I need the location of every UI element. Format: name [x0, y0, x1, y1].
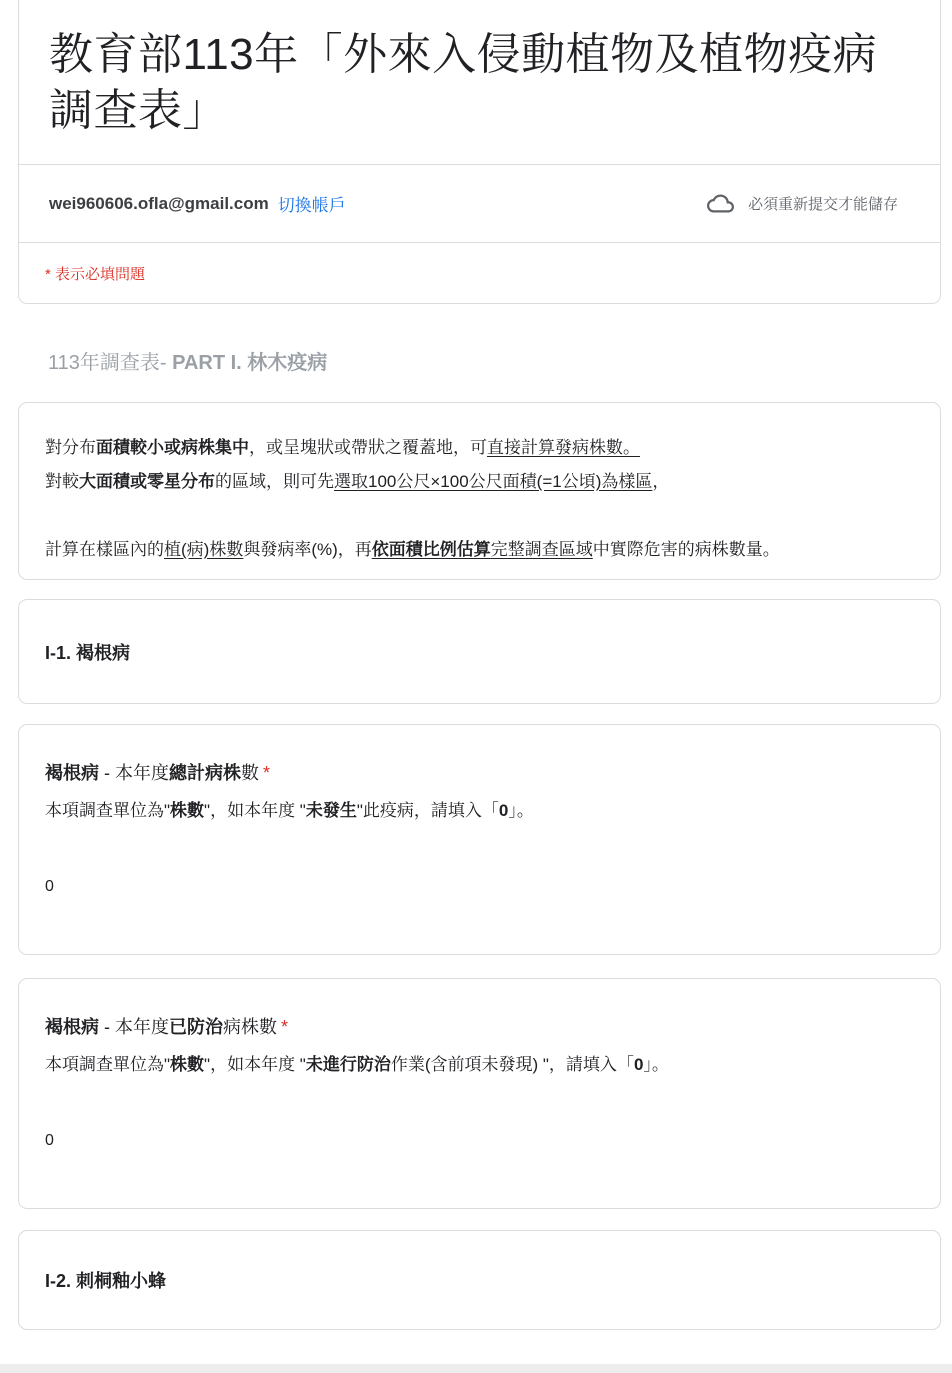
section-label: I-1. 褐根病 [45, 639, 130, 665]
section-card-i1: I-1. 褐根病 [18, 599, 941, 704]
cloud-icon [707, 190, 734, 217]
form-title-section: 教育部113年「外來入侵動植物及植物疫病調查表」 [19, 0, 940, 164]
answer-input[interactable]: 0 [45, 875, 914, 899]
answer-input[interactable]: 0 [45, 1129, 914, 1153]
required-asterisk: * [259, 763, 270, 783]
account-bar: wei960606.ofla@gmail.com 切換帳戶 必須重新提交才能儲存 [19, 164, 940, 243]
form-header-card: 教育部113年「外來入侵動植物及植物疫病調查表」 wei960606.ofla@… [18, 0, 941, 304]
page-background-strip [0, 1364, 952, 1373]
form-title: 教育部113年「外來入侵動植物及植物疫病調查表」 [49, 27, 910, 139]
form-page: 教育部113年「外來入侵動植物及植物疫病調查表」 wei960606.ofla@… [0, 0, 952, 1330]
save-status-text: 必須重新提交才能儲存 [748, 193, 898, 214]
section-header-title: PART I. 林木疫病 [172, 352, 327, 374]
account-email: wei960606.ofla@gmail.com [49, 194, 269, 214]
instructions-text: 對分布面積較小或病株集中，或呈塊狀或帶狀之覆蓋地，可直接計算發病株數。對較大面積… [45, 431, 914, 567]
section-card-i2: I-2. 刺桐釉小蜂 [18, 1230, 941, 1330]
section-header-prefix: 113年調查表- [48, 352, 172, 374]
required-asterisk: * [277, 1017, 288, 1037]
question-description: 本項調查單位為"株數"，如本年度 "未進行防治作業(含前項未發現) "，請填入「… [45, 1053, 914, 1077]
question-title: 褐根病 - 本年度已防治病株數* [45, 1014, 914, 1040]
section-header: 113年調查表- PART I. 林木疫病 [18, 352, 941, 375]
switch-account-link[interactable]: 切換帳戶 [278, 191, 346, 216]
question-card-total-diseased: 褐根病 - 本年度總計病株數* 本項調查單位為"株數"，如本年度 "未發生"此疫… [18, 724, 941, 955]
question-card-treated: 褐根病 - 本年度已防治病株數* 本項調查單位為"株數"，如本年度 "未進行防治… [18, 978, 941, 1209]
question-title: 褐根病 - 本年度總計病株數* [45, 760, 914, 786]
required-note: * 表示必填問題 [19, 243, 940, 303]
instructions-card: 對分布面積較小或病株集中，或呈塊狀或帶狀之覆蓋地，可直接計算發病株數。對較大面積… [18, 402, 941, 580]
save-status: 必須重新提交才能儲存 [707, 190, 910, 217]
section-label: I-2. 刺桐釉小蜂 [45, 1267, 166, 1293]
question-description: 本項調查單位為"株數"，如本年度 "未發生"此疫病，請填入「0」。 [45, 799, 914, 823]
